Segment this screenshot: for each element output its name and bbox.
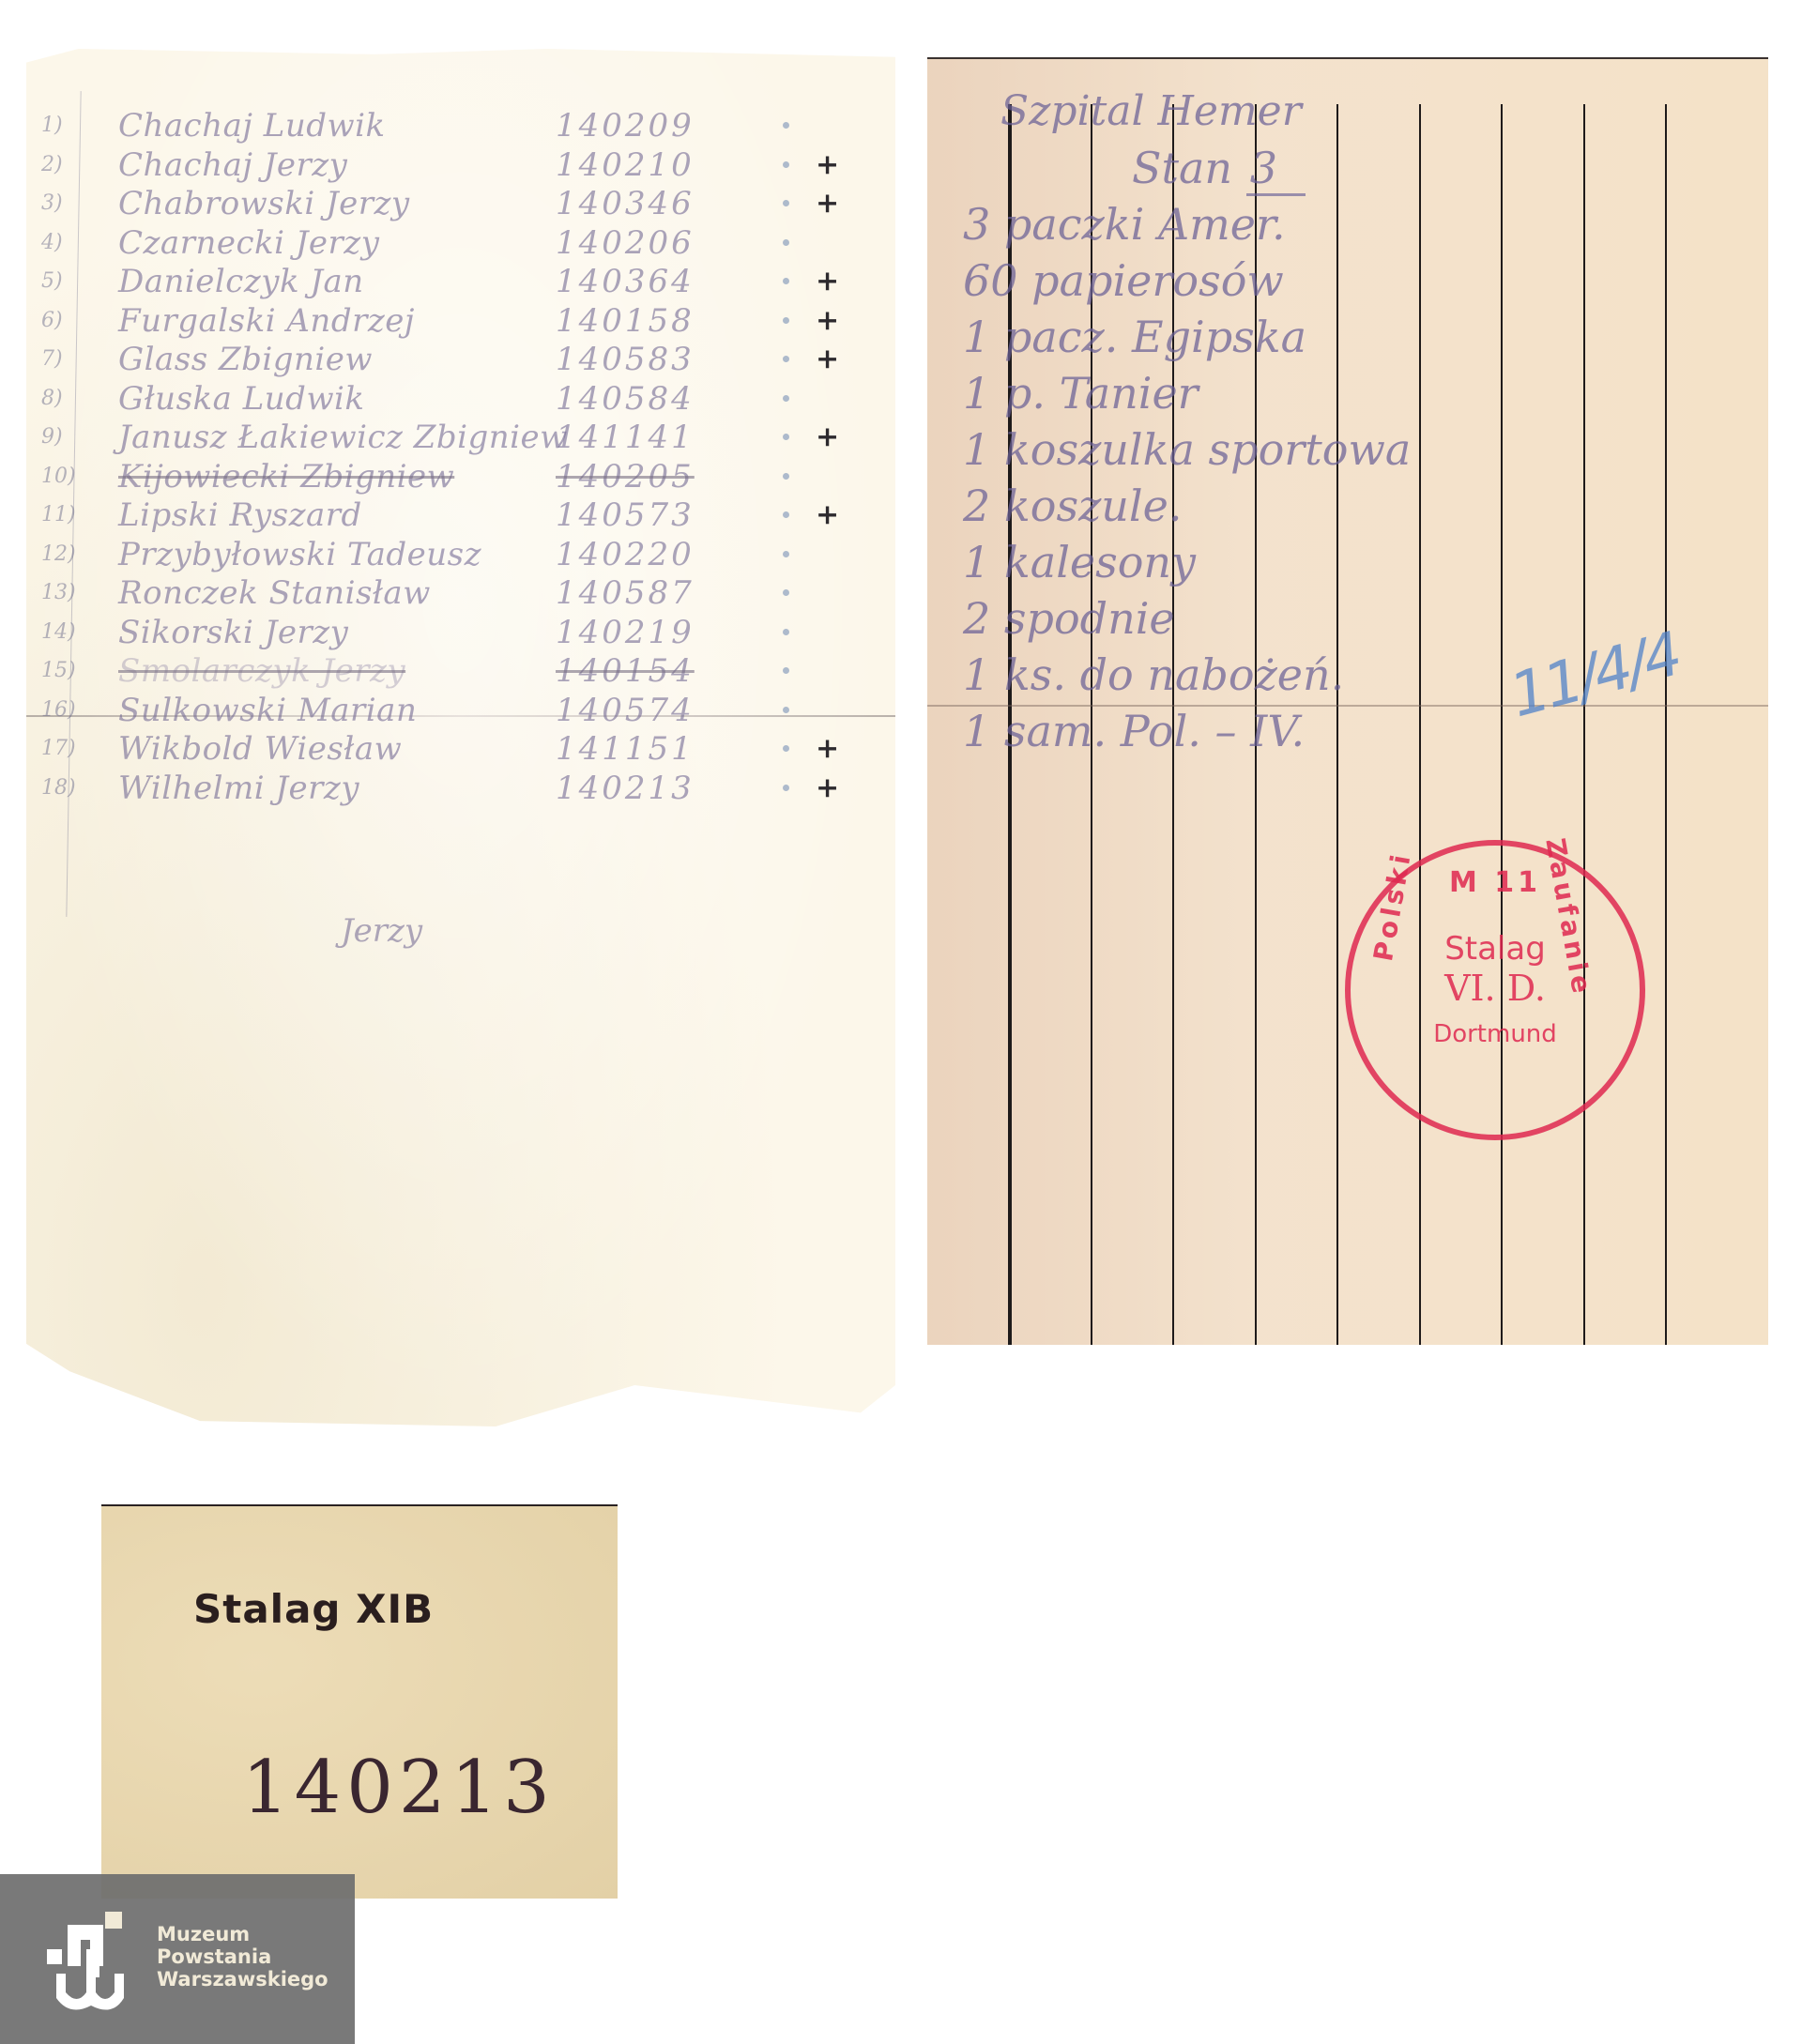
roster-row-mark: + [816,185,839,222]
roster-row-number: 14) [41,614,79,651]
roster-row: 4)Czarnecki Jerzy140206 [41,224,867,264]
museum-name-line-1: Muzeum [157,1923,328,1945]
slip-item: 60 papierosów [963,252,1676,309]
roster-row-number: 10) [41,458,79,496]
slip-item: 1 p. Tanier [963,365,1676,421]
roster-row-name: Danielczyk Jan [118,263,364,300]
roster-row-pow-number: 140346 [556,185,695,222]
roster-row-name: Wilhelmi Jerzy [118,770,359,807]
slip-item: 2 koszule. [963,478,1676,534]
roster-row-name: Furgalski Andrzej [118,302,415,340]
roster-row: 16)Sulkowski Marian140574 [41,692,867,731]
roster-list: 1)Chachaj Ludwik1402092)Chachaj Jerzy140… [41,107,867,808]
roster-row-pow-number: 140206 [556,224,695,262]
slip-item: 1 pacz. Egipska [963,309,1676,365]
slip-title: Szpital Hemer [963,84,1676,140]
roster-row-pow-number: 140210 [556,146,695,184]
roster-row-number: 11) [41,496,79,534]
roster-row-pow-number: 140364 [556,263,695,300]
roster-row-pow-number: 140587 [556,574,695,612]
check-dot-icon [783,317,789,324]
roster-row-number: 13) [41,574,79,612]
roster-row: 17)Wikbold Wiesław141151+ [41,730,867,770]
slip-item: 2 spodnie [963,590,1676,647]
check-dot-icon [783,785,789,791]
roster-row-number: 1) [41,107,79,145]
roster-row: 10)Kijowiecki Zbigniew140205 [41,458,867,497]
roster-row-mark: + [816,419,839,456]
roster-row-pow-number: 140583 [556,341,695,378]
roster-row-name: Czarnecki Jerzy [118,224,379,262]
roster-row-name: Kijowiecki Zbigniew [118,458,454,496]
check-dot-icon [783,200,789,206]
slip-subtitle-label: Stan [1132,143,1232,193]
roster-row-pow-number: 140154 [556,652,695,690]
roster-row-name: Smolarczyk Jerzy [118,652,405,690]
roster-signature: Jerzy [341,912,422,950]
roster-row-pow-number: 140205 [556,458,695,496]
check-dot-icon [783,161,789,168]
roster-row-pow-number: 140573 [556,496,695,534]
roster-row: 9)Janusz Łakiewicz Zbigniew141141+ [41,419,867,458]
roster-row-pow-number: 140209 [556,107,695,145]
check-dot-icon [783,589,789,596]
roster-row-number: 16) [41,692,79,729]
check-dot-icon [783,707,789,713]
roster-row-mark: + [816,263,839,300]
roster-row-mark: + [816,730,839,768]
roster-row-number: 5) [41,263,79,300]
roster-row: 8)Głuska Ludwik140584 [41,380,867,419]
roster-row-name: Janusz Łakiewicz Zbigniew [118,419,568,456]
slip-item: 3 paczki Amer. [963,196,1676,252]
roster-row-name: Wikbold Wiesław [118,730,402,768]
roster-row-name: Przybyłowski Tadeusz [118,536,481,573]
roster-row-name: Chachaj Jerzy [118,146,347,184]
depot-slip: Szpital Hemer Stan 3 3 paczki Amer.60 pa… [927,57,1768,1345]
roster-row-number: 3) [41,185,79,222]
roster-row: 7)Glass Zbigniew140583+ [41,341,867,380]
kotwica-anchor-logo-icon [47,1912,136,2015]
slip-item: 1 kalesony [963,534,1676,590]
roster-row-mark: + [816,770,839,807]
roster-row-number: 7) [41,341,79,378]
roster-row-number: 2) [41,146,79,184]
roster-row-pow-number: 140584 [556,380,695,418]
roster-row-number: 18) [41,770,79,807]
roster-row-name: Sikorski Jerzy [118,614,348,651]
slip-item: 1 koszulka sportowa [963,421,1676,478]
roster-row-name: Głuska Ludwik [118,380,365,418]
roster-row-number: 12) [41,536,79,573]
roster-row-name: Ronczek Stanisław [118,574,431,612]
roster-row: 11)Lipski Ryszard140573+ [41,496,867,536]
slip-subtitle: Stan 3 [963,140,1676,196]
museum-name-line-2: Powstania [157,1945,328,1968]
check-dot-icon [783,395,789,402]
roster-row: 6)Furgalski Andrzej140158+ [41,302,867,342]
check-dot-icon [783,667,789,674]
stamp-line-2: VI. D. [1351,968,1640,1009]
roster-row: 14)Sikorski Jerzy140219 [41,614,867,653]
roster-row: 2)Chachaj Jerzy140210+ [41,146,867,186]
roster-row-number: 15) [41,652,79,690]
check-dot-icon [783,239,789,246]
roster-row: 18)Wilhelmi Jerzy140213+ [41,770,867,809]
check-dot-icon [783,278,789,284]
check-dot-icon [783,745,789,752]
roster-row-number: 6) [41,302,79,340]
slip-subtitle-number: 3 [1246,143,1306,196]
roster-row-number: 9) [41,419,79,456]
roster-row-number: 4) [41,224,79,262]
check-dot-icon [783,122,789,129]
roster-row-name: Glass Zbigniew [118,341,373,378]
check-dot-icon [783,551,789,557]
roster-row-pow-number: 140219 [556,614,695,651]
roster-row: 12)Przybyłowski Tadeusz140220 [41,536,867,575]
stamp-line-3: Dortmund [1351,1020,1640,1048]
roster-row-mark: + [816,302,839,340]
roster-row: 15)Smolarczyk Jerzy140154 [41,652,867,692]
roster-row-pow-number: 141141 [556,419,695,456]
roster-row: 5)Danielczyk Jan140364+ [41,263,867,302]
roster-row-mark: + [816,341,839,378]
roster-row-pow-number: 140213 [556,770,695,807]
roster-row-name: Sulkowski Marian [118,692,417,729]
check-dot-icon [783,434,789,440]
roster-row-name: Chachaj Ludwik [118,107,386,145]
tag-pow-number: 140213 [242,1746,556,1830]
roster-row-number: 17) [41,730,79,768]
roster-row-number: 8) [41,380,79,418]
roster-row-pow-number: 141151 [556,730,695,768]
roster-sheet: 1)Chachaj Ludwik1402092)Chachaj Jerzy140… [26,49,895,1426]
check-dot-icon [783,473,789,480]
roster-row: 3)Chabrowski Jerzy140346+ [41,185,867,224]
roster-row-pow-number: 140574 [556,692,695,729]
roster-row-pow-number: 140158 [556,302,695,340]
museum-watermark: Muzeum Powstania Warszawskiego [0,1874,355,2044]
check-dot-icon [783,356,789,362]
tag-camp-name: Stalag XIB [193,1586,434,1632]
roster-row-name: Lipski Ryszard [118,496,362,534]
museum-name: Muzeum Powstania Warszawskiego [157,1923,328,1991]
roster-row: 1)Chachaj Ludwik140209 [41,107,867,146]
museum-name-line-3: Warszawskiego [157,1968,328,1991]
roster-row-mark: + [816,496,839,534]
roster-row-mark: + [816,146,839,184]
roster-row-pow-number: 140220 [556,536,695,573]
roster-row: 13)Ronczek Stanisław140587 [41,574,867,614]
stalag-stamp: M 11 Polski Zaufanie Stalag VI. D. Dortm… [1345,840,1645,1140]
check-dot-icon [783,511,789,518]
roster-row-name: Chabrowski Jerzy [118,185,410,222]
pow-id-tag: Stalag XIB 140213 [101,1504,618,1899]
check-dot-icon [783,629,789,635]
stamp-line-1: Stalag [1351,930,1640,968]
